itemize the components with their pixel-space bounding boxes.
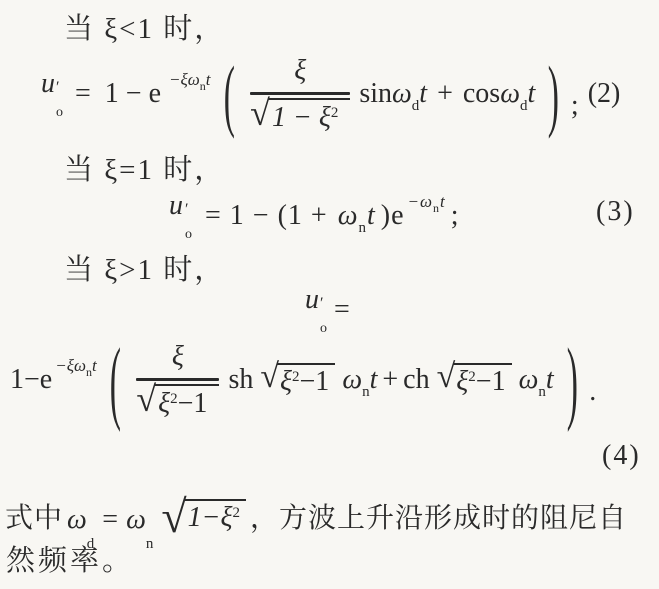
prime-mark: ′ [56,80,63,96]
prime-mark: ′ [185,202,193,218]
plus-sign: + [437,78,453,110]
close-paren-e: )e [381,200,405,232]
radicand-body: ξ [280,366,292,397]
o-subscript: o [56,106,63,120]
prime-o-stack: ′o [185,202,193,242]
exponent-body: −ξω [55,356,86,375]
cos-term: cosωdt [463,78,535,110]
period: . [589,376,596,408]
omega-n-t-term: ωnt [519,364,554,396]
omega-variable: ω [67,504,87,536]
equals-sign: = [334,294,350,326]
fraction-denominator: √ξ2−1 [136,384,219,420]
fraction: ξ √ξ2−1 [136,341,219,420]
equation-3-label: (3) [596,196,635,228]
radicand-tail: −1 [476,366,506,397]
radicand-body: 1−ξ [188,502,233,533]
radical-sign: √ [161,499,186,536]
sin-term: sinωdt [359,78,427,110]
close-paren: ) [548,54,559,134]
exponent-body: −ξω [169,70,200,89]
u-variable: u [305,284,319,315]
exponent-t: t [92,356,97,375]
u-variable: u [169,190,184,221]
omega-variable: ω [500,78,520,109]
radicand: 1−ξ2 [185,499,246,534]
radicand-tail: −1 [178,388,208,419]
scanned-document-page: 当 ξ<1 时， u′o = 1 − e −ξωnt ( ξ √1 − ξ2 s… [0,0,659,589]
equation-4-label: (4) [602,440,641,472]
radicand: ξ2−1 [154,384,219,420]
fraction-denominator: √1 − ξ2 [250,98,350,134]
exponent-body: −ω [408,192,433,211]
radicand: ξ2−1 [277,363,335,398]
u-variable: u [41,68,55,99]
ch-function: ch [403,364,429,396]
footer-line1-tail: ，方波上升沿形成时的阻尼自 [250,496,627,536]
open-paren: ( [223,54,234,134]
equation-3-lhs-rest: = 1 − (1 + [205,200,328,232]
omega-n-t-term: ωnt [338,200,376,232]
footer-line-2: 然频率。 [6,538,134,579]
radicand: 1 − ξ2 [268,98,350,134]
omega-variable: ω [342,364,362,395]
semicolon: ; [571,90,579,122]
omega-n-t-term: ωnt [342,364,377,396]
square-root: √ξ2−1 [437,363,512,398]
sin-function: sin [359,78,392,109]
cos-function: cos [463,78,500,109]
exponent-group: −ξωnt [169,70,211,90]
omega-variable: ω [338,200,359,231]
equals-sign: = [75,78,91,110]
omega-variable: ω [519,364,539,395]
exponent-t: t [440,192,446,211]
sh-function: sh [228,364,253,396]
exponent-group: −ωnt [408,192,446,212]
plus-sign: + [382,364,398,396]
prime-o-stack: ′o [56,80,63,120]
equation-4: 1−e −ξωnt ( ξ √ξ2−1 sh √ξ2−1 ωnt + ch √ξ… [8,326,598,434]
t-variable: t [546,364,554,395]
footer-prefix: 式中 [5,496,63,536]
t-variable: t [419,78,427,109]
t-variable: t [370,364,378,395]
u-output-symbol: u′o [169,190,195,242]
equals-sign: = [102,504,118,536]
one-minus-e-term: 1 − e [105,78,161,110]
equation-3: u′o = 1 − (1 + ωnt )e −ωnt ; [166,190,462,242]
fraction: ξ √1 − ξ2 [250,55,350,134]
t-variable: t [527,78,535,109]
fraction-numerator: ξ [172,341,184,378]
square-root: √ξ2−1 [260,363,335,398]
t-variable: t [367,200,376,231]
open-paren: ( [109,334,120,427]
close-paren: ) [566,334,577,427]
fraction-numerator: ξ [294,55,306,92]
equation-2: u′o = 1 − e −ξωnt ( ξ √1 − ξ2 sinωdt + c… [38,50,627,138]
radicand-body: 1 − ξ [272,102,331,133]
condition-xi-lt-1: 当 ξ<1 时， [64,6,225,47]
omega-d-symbol: ωd [67,504,94,536]
equation-2-label: (2) [588,78,621,110]
exponent-group: −ξωnt [55,356,97,376]
one-minus-e-term: 1−e [10,364,52,396]
radicand-body: ξ [158,388,170,419]
square-root: √1−ξ2 [161,499,246,536]
footer-line-1: 式中 ωd = ωn √1−ξ2 ，方波上升沿形成时的阻尼自 [5,472,627,536]
exponent-t: t [206,70,211,89]
omega-variable: ω [126,504,146,536]
condition-xi-eq-1: 当 ξ=1 时， [64,147,225,188]
prime-mark: ′ [320,296,327,312]
semicolon: ; [451,200,460,232]
radicand-body: ξ [456,366,468,397]
omega-n-symbol: ωn [126,504,153,536]
radicand: ξ2−1 [453,363,511,398]
u-output-symbol: u′o [41,68,65,120]
omega-variable: ω [392,78,412,109]
radicand-tail: −1 [300,366,330,397]
o-subscript: o [185,228,193,242]
condition-xi-gt-1: 当 ξ>1 时， [64,247,225,288]
